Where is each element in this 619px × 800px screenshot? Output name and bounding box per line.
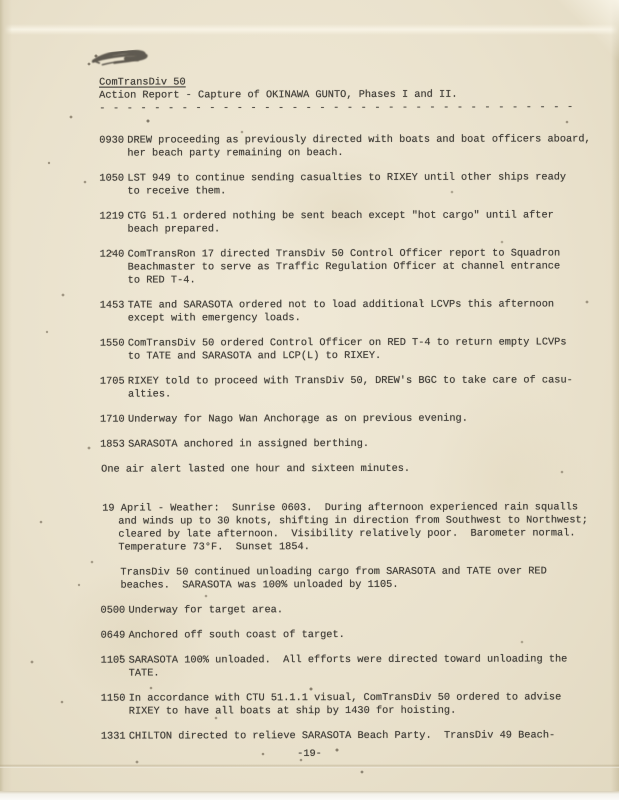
log-entry-time: 1453 [100, 300, 125, 313]
page-number: -19- [0, 748, 619, 761]
log-entry: 1705 RIXEY told to proceed with TransDiv… [100, 374, 605, 401]
log-entry: 0500 Underway for target area. [100, 603, 605, 617]
paper-left-edge [0, 0, 12, 800]
log-entry: 0649 Anchored off south coast of target. [101, 628, 606, 642]
log-entry: 1219 CTG 51.1 ordered nothing be sent be… [99, 209, 604, 236]
report-title: Action Report - Capture of OKINAWA GUNTO… [99, 88, 604, 102]
document-content: ComTransDiv 50 Action Report - Capture o… [99, 75, 606, 755]
log-entry-time: 1710 [100, 414, 125, 427]
log-entry-text: ComTransRon 17 directed TransDiv 50 Cont… [128, 247, 605, 287]
log-entry-time: 1853 [100, 439, 125, 452]
unit-name: ComTransDiv 50 [99, 76, 186, 89]
paper-crease [0, 764, 619, 768]
log-entry-time: 0649 [101, 630, 126, 643]
scanned-page: ComTransDiv 50 Action Report - Capture o… [0, 0, 619, 800]
dashed-divider: - - - - - - - - - - - - - - - - - - - - … [99, 101, 581, 115]
log-entry-text: SARASOTA 100% unloaded. All efforts were… [129, 653, 606, 680]
stamp-scribble-icon [89, 41, 155, 76]
log-entry-text: Underway for target area. [128, 603, 605, 617]
air-alert-note: One air alert lasted one hour and sixtee… [101, 462, 605, 476]
log-entry-text: CTG 51.1 ordered nothing be sent beach e… [127, 209, 604, 236]
log-entry: 1550 ComTransDiv 50 ordered Control Offi… [100, 336, 605, 363]
log-entry: 1331 CHILTON directed to relieve SARASOT… [101, 729, 606, 743]
log-entry: 1240 ComTransRon 17 directed TransDiv 50… [100, 247, 605, 287]
unloading-paragraph: TransDiv 50 continued unloading cargo fr… [120, 565, 605, 592]
log-entry-text: RIXEY told to proceed with TransDiv 50, … [128, 374, 605, 401]
log-entry-time: 1705 [100, 376, 125, 389]
log-entry-text: CHILTON directed to relieve SARASOTA Bea… [129, 729, 606, 743]
log-entry-text: DREW proceeding as previously directed w… [127, 133, 604, 160]
log-entry-time: 0500 [100, 605, 125, 618]
log-entry-text: SARASOTA anchored in assigned berthing. [128, 437, 605, 451]
log-entry: 0930 DREW proceeding as previously direc… [99, 133, 604, 160]
log-entry-text: TATE and SARASOTA ordered not to load ad… [128, 298, 605, 325]
log-entry-time: 1240 [100, 249, 125, 262]
log-entry-text: LST 949 to continue sending casualties t… [127, 171, 604, 198]
log-entry-time: 1219 [99, 211, 124, 224]
log-entry: 1853 SARASOTA anchored in assigned berth… [100, 437, 605, 451]
log-entry: 1150 In accordance with CTU 51.1.1 visua… [101, 691, 606, 718]
weather-paragraph: 19 April - Weather: Sunrise 0603. During… [100, 501, 605, 554]
log-entry: 1105 SARASOTA 100% unloaded. All efforts… [101, 653, 606, 680]
report-header: ComTransDiv 50 Action Report - Capture o… [99, 75, 604, 115]
log-entry-time: 1105 [101, 655, 126, 668]
log-entry-text: Anchored off south coast of target. [129, 628, 606, 642]
log-entry: 1050 LST 949 to continue sending casualt… [99, 171, 604, 198]
paper-bottom-edge [0, 791, 619, 800]
paper-fold-line [0, 24, 619, 35]
paper-right-edge [611, 0, 619, 800]
log-entry-time: 1050 [99, 173, 124, 186]
log-entry-text: In accordance with CTU 51.1.1 visual, Co… [129, 691, 606, 718]
log-entry-time: 1550 [100, 338, 125, 351]
log-entry-time: 0930 [99, 135, 124, 148]
log-entry-text: Underway for Nago Wan Anchorage as on pr… [128, 412, 605, 426]
log-entry: 1453 TATE and SARASOTA ordered not to lo… [100, 298, 605, 325]
log-entry-time: 1331 [101, 731, 126, 744]
log-entry-text: ComTransDiv 50 ordered Control Officer o… [128, 336, 605, 363]
log-entry-time: 1150 [101, 693, 126, 706]
log-entry: 1710 Underway for Nago Wan Anchorage as … [100, 412, 605, 426]
paper-corner-curl [539, 0, 619, 60]
action-log: 0930 DREW proceeding as previously direc… [99, 133, 606, 743]
